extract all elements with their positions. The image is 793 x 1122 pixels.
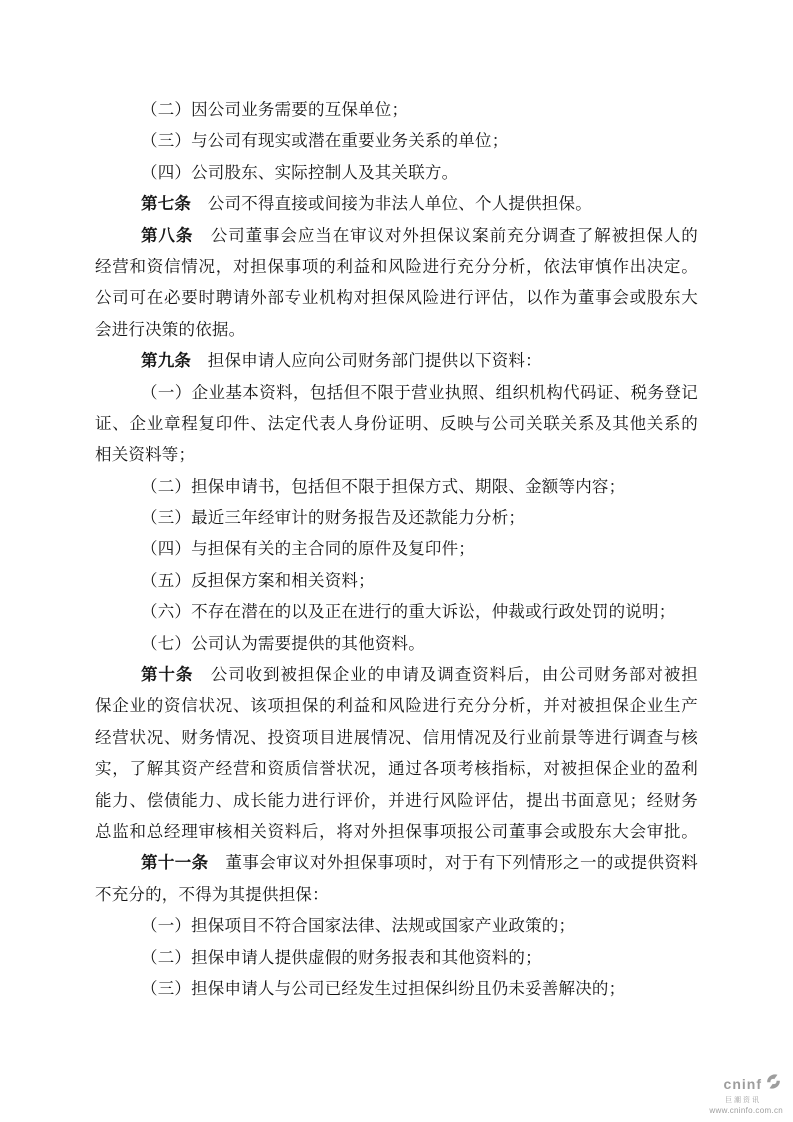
document-line: 能力、偿债能力、成长能力进行评价，并进行风险评估，提出书面意见；经财务 [95,785,698,816]
document-line: （二）担保申请人提供虚假的财务报表和其他资料的； [95,942,698,973]
article-number: 第十一条 [141,853,209,872]
document-line: （一）企业基本资料，包括但不限于营业执照、组织机构代码证、税务登记 [95,377,698,408]
document-line: 第八条 公司董事会应当在审议对外担保议案前充分调查了解被担保人的 [95,220,698,251]
document-line: 经营状况、财务情况、投资项目进展情况、信用情况及行业前景等进行调查与核 [95,722,698,753]
document-line: 相关资料等； [95,439,698,470]
document-line: 第十一条 董事会审议对外担保事项时，对于有下列情形之一的或提供资料 [95,847,698,878]
document-line: 会进行决策的依据。 [95,314,698,345]
article-number: 第十条 [141,665,193,684]
document-line: 证、企业章程复印件、法定代表人身份证明、反映与公司关联关系及其他关系的 [95,408,698,439]
cninfo-chinese-name: 巨潮资讯 [709,1097,761,1105]
document-line: （三）担保申请人与公司已经发生过担保纠纷且仍未妥善解决的； [95,973,698,1004]
document-line: （四）公司股东、实际控制人及其关联方。 [95,157,698,188]
document-line: （一）担保项目不符合国家法律、法规或国家产业政策的； [95,910,698,941]
document-body: （二）因公司业务需要的互保单位；（三）与公司有现实或潜在重要业务关系的单位；（四… [95,94,698,1004]
document-line: （三）最近三年经审计的财务报告及还款能力分析； [95,502,698,533]
document-page: （二）因公司业务需要的互保单位；（三）与公司有现实或潜在重要业务关系的单位；（四… [0,0,793,1122]
cninfo-url: www.cninfo.com.cn [709,1106,783,1115]
document-line: （七）公司认为需要提供的其他资料。 [95,628,698,659]
document-line: 第七条 公司不得直接或间接为非法人单位、个人提供担保。 [95,188,698,219]
document-line: 经营和资信情况，对担保事项的利益和风险进行充分分析，依法审慎作出决定。 [95,251,698,282]
document-line: （二）担保申请书，包括但不限于担保方式、期限、金额等内容； [95,471,698,502]
article-number: 第九条 [141,351,191,370]
document-line: （六）不存在潜在的以及正在进行的重大诉讼，仲裁或行政处罚的说明； [95,596,698,627]
document-line: （四）与担保有关的主合同的原件及复印件； [95,533,698,564]
document-line: 第九条 担保申请人应向公司财务部门提供以下资料： [95,345,698,376]
document-line: 公司可在必要时聘请外部专业机构对担保风险进行评估，以作为董事会或股东大 [95,282,698,313]
document-line: （二）因公司业务需要的互保单位； [95,94,698,125]
document-line: 第十条 公司收到被担保企业的申请及调查资料后，由公司财务部对被担 [95,659,698,690]
cninfo-brand-text: cninf [724,1076,762,1092]
document-line: 保企业的资信状况、该项担保的利益和风险进行充分分析，并对被担保企业生产 [95,690,698,721]
document-line: （五）反担保方案和相关资料； [95,565,698,596]
article-number: 第七条 [141,194,191,213]
cninfo-watermark: cninf 巨潮资讯 www.cninfo.com.cn [709,1072,783,1116]
document-line: 实，了解其资产经营和资质信誉状况，通过各项考核指标，对被担保企业的盈利 [95,753,698,784]
document-line: 不充分的，不得为其提供担保： [95,879,698,910]
cninfo-swirl-icon [764,1072,783,1096]
cninfo-brand-row: cninf [709,1072,783,1096]
document-line: 总监和总经理审核相关资料后，将对外担保事项报公司董事会或股东大会审批。 [95,816,698,847]
article-number: 第八条 [141,226,193,245]
document-line: （三）与公司有现实或潜在重要业务关系的单位； [95,125,698,156]
